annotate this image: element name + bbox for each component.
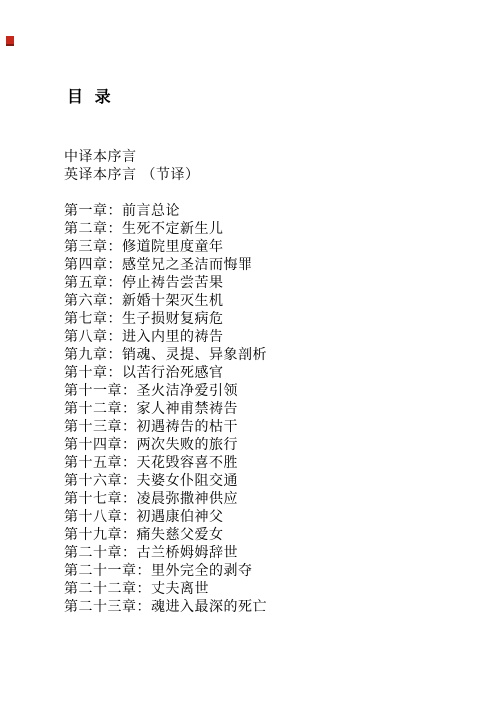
chapter-line-1: 第一章：前言总论 xyxy=(64,202,484,220)
chapter-line-15: 第十五章：天花毁容喜不胜 xyxy=(64,454,484,472)
preface-line-2: 英译本序言 （节译） xyxy=(64,166,464,184)
page-title: 目 录 xyxy=(67,88,114,105)
preface-list: 中译本序言英译本序言 （节译） xyxy=(64,148,464,184)
red-marker-square xyxy=(6,36,14,46)
chapter-line-19: 第十九章：痛失慈父爱女 xyxy=(64,526,484,544)
chapter-line-18: 第十八章：初遇康伯神父 xyxy=(64,508,484,526)
chapter-line-16: 第十六章：夫婆女仆阻交通 xyxy=(64,472,484,490)
chapter-line-9: 第九章：销魂、灵提、异象剖析 xyxy=(64,346,484,364)
chapter-line-8: 第八章：进入内里的祷告 xyxy=(64,328,484,346)
chapter-line-22: 第二十二章：丈夫离世 xyxy=(64,580,484,598)
chapter-line-20: 第二十章：古兰桥姆姆辞世 xyxy=(64,544,484,562)
chapter-line-23: 第二十三章：魂进入最深的死亡 xyxy=(64,598,484,616)
chapter-line-12: 第十二章：家人神甫禁祷告 xyxy=(64,400,484,418)
chapter-line-11: 第十一章：圣火洁净爱引领 xyxy=(64,382,484,400)
chapter-line-21: 第二十一章：里外完全的剥夺 xyxy=(64,562,484,580)
chapter-line-3: 第三章：修道院里度童年 xyxy=(64,238,484,256)
chapter-line-13: 第十三章：初遇祷告的枯干 xyxy=(64,418,484,436)
preface-line-1: 中译本序言 xyxy=(64,148,464,166)
chapter-line-5: 第五章：停止祷告尝苦果 xyxy=(64,274,484,292)
chapter-line-6: 第六章：新婚十架灭生机 xyxy=(64,292,484,310)
chapter-line-7: 第七章：生子损财复病危 xyxy=(64,310,484,328)
chapter-list: 第一章：前言总论第二章：生死不定新生儿第三章：修道院里度童年第四章：感堂兄之圣洁… xyxy=(64,202,484,616)
chapter-line-4: 第四章：感堂兄之圣洁而悔罪 xyxy=(64,256,484,274)
document-page: 目 录 中译本序言英译本序言 （节译） 第一章：前言总论第二章：生死不定新生儿第… xyxy=(0,0,501,711)
chapter-line-2: 第二章：生死不定新生儿 xyxy=(64,220,484,238)
chapter-line-10: 第十章：以苦行治死感官 xyxy=(64,364,484,382)
chapter-line-14: 第十四章：两次失败的旅行 xyxy=(64,436,484,454)
chapter-line-17: 第十七章：凌晨弥撒神供应 xyxy=(64,490,484,508)
